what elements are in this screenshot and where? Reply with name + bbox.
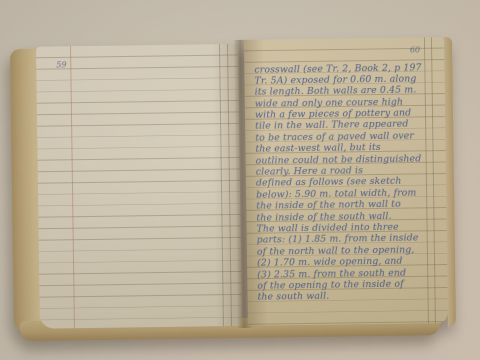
- right-page-number: 60: [410, 45, 420, 54]
- handwritten-line: the south wall.: [257, 289, 443, 303]
- handwritten-notes: crosswall (see Tr. 2, Book 2, p 197Tr. 5…: [254, 62, 443, 304]
- left-page-inner-rule-2: [227, 44, 232, 326]
- left-page-margin-line: [70, 46, 75, 328]
- right-page: 60 crosswall (see Tr. 2, Book 2, p 197Tr…: [244, 37, 448, 326]
- open-notebook: 59 60 crosswall (see Tr. 2, Book 2, p 19…: [10, 33, 456, 341]
- left-page-inner-rule-1: [219, 44, 224, 326]
- left-page: 59: [36, 44, 242, 329]
- photo-background-surface: 59 60 crosswall (see Tr. 2, Book 2, p 19…: [0, 0, 480, 360]
- left-page-number: 59: [56, 60, 66, 69]
